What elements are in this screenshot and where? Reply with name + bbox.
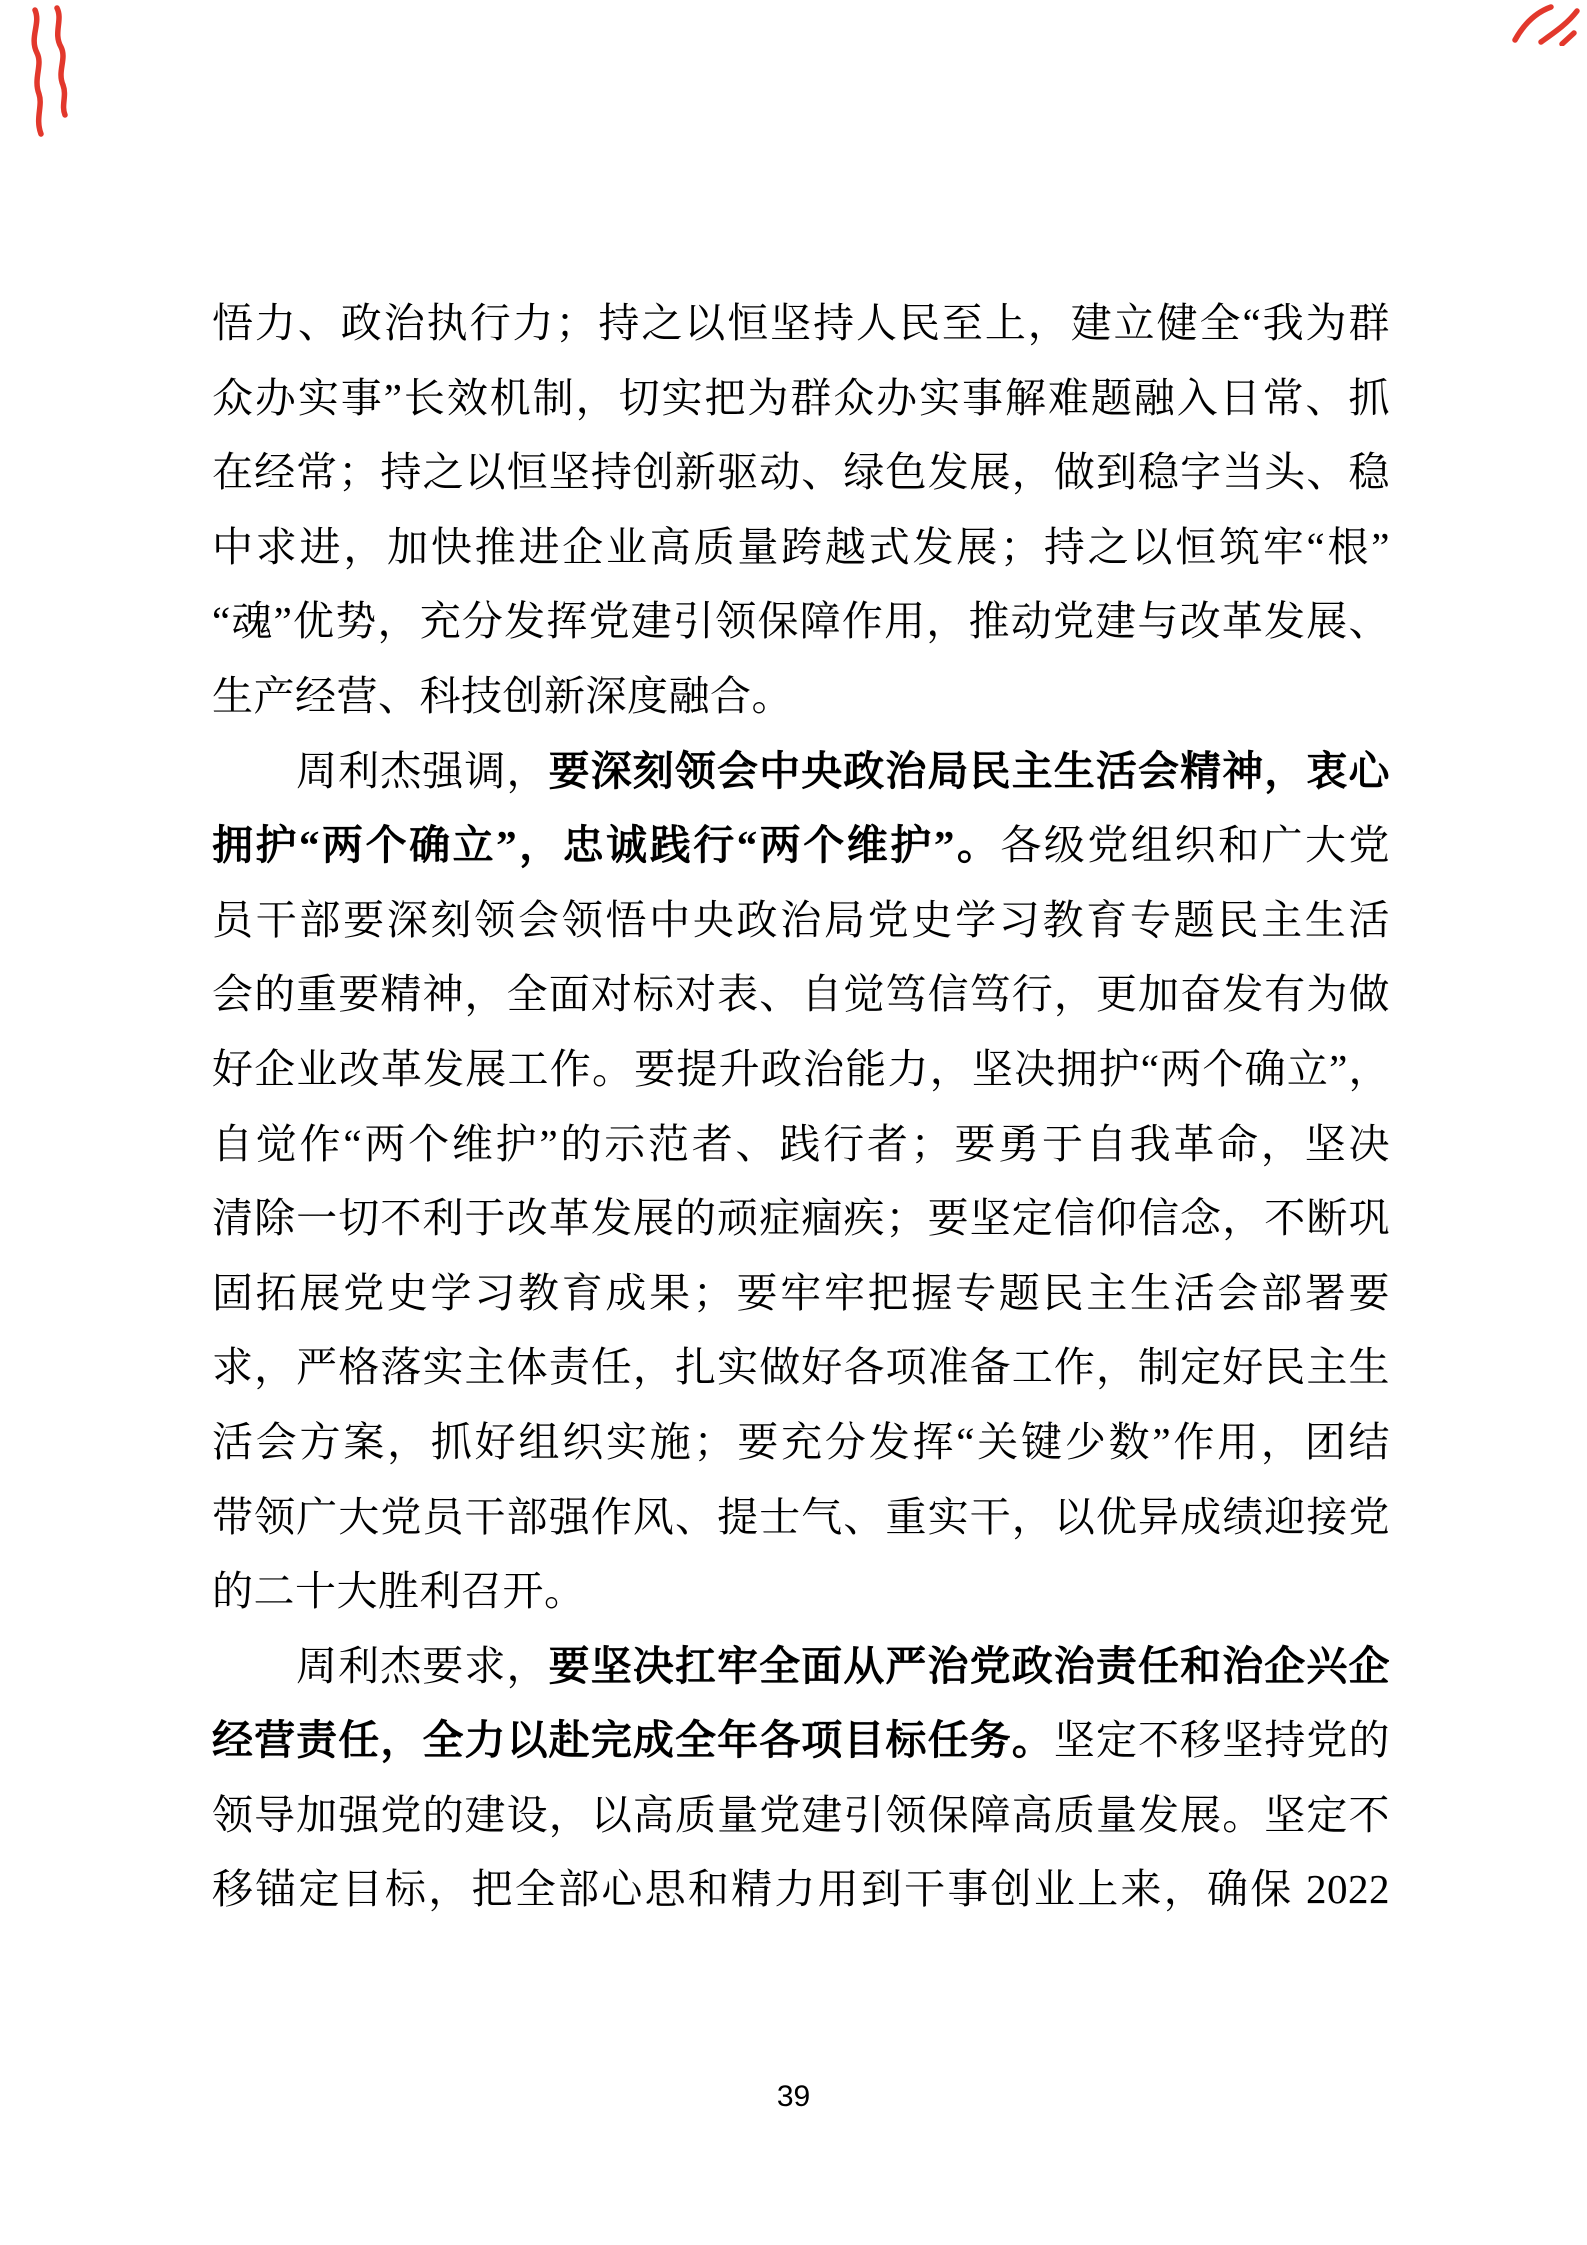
text-line-p2-l7: 清除一切不利于改革发展的顽症痼疾；要坚定信仰信念，不断巩 <box>212 1181 1390 1256</box>
text-line-p2-l2: 拥护“两个确立”，忠诚践行“两个维护”。各级党组织和广大党 <box>212 808 1390 883</box>
text-segment: “魂”优势，充分发挥党建引领保障作用，推动党建与改革发展、 <box>212 598 1390 644</box>
text-segment: 好企业改革发展工作。要提升政治能力，坚决拥护“两个确立”， <box>212 1046 1390 1092</box>
text-segment: 各级党组织和广大党 <box>1000 822 1390 868</box>
red-pen-mark-top-right-icon <box>1510 0 1582 46</box>
text-segment: 周利杰强调， <box>296 748 549 794</box>
text-segment: 众办实事”长效机制，切实把为群众办实事解难题融入日常、抓 <box>212 375 1390 421</box>
page-number: 39 <box>777 2082 810 2112</box>
text-line-p3-l4: 移锚定目标，把全部心思和精力用到干事创业上来，确保 2022 <box>212 1852 1390 1927</box>
text-segment: 移锚定目标，把全部心思和精力用到干事创业上来，确保 2022 <box>212 1866 1390 1912</box>
text-line-p2-l10: 活会方案，抓好组织实施；要充分发挥“关键少数”作用，团结 <box>212 1405 1390 1480</box>
text-segment: 悟力、政治执行力；持之以恒坚持人民至上，建立健全“我为群 <box>212 300 1390 346</box>
bold-text-segment: 经营责任，全力以赴完成全年各项目标任务。 <box>212 1717 1054 1763</box>
text-segment: 周利杰要求， <box>296 1643 549 1689</box>
body-text: 悟力、政治执行力；持之以恒坚持人民至上，建立健全“我为群众办实事”长效机制，切实… <box>212 286 1390 1927</box>
text-line-p1-l6: 生产经营、科技创新深度融合。 <box>212 659 1390 734</box>
text-segment: 的二十大胜利召开。 <box>212 1568 586 1614</box>
text-segment: 固拓展党史学习教育成果；要牢牢把握专题民主生活会部署要 <box>212 1270 1390 1316</box>
text-line-p1-l3: 在经常；持之以恒坚持创新驱动、绿色发展，做到稳字当头、稳 <box>212 435 1390 510</box>
text-segment: 员干部要深刻领会领悟中央政治局党史学习教育专题民主生活 <box>212 897 1390 943</box>
text-line-p2-l11: 带领广大党员干部强作风、提士气、重实干，以优异成绩迎接党 <box>212 1480 1390 1555</box>
text-segment: 中求进，加快推进企业高质量跨越式发展；持之以恒筑牢“根” <box>212 524 1390 570</box>
text-segment: 生产经营、科技创新深度融合。 <box>212 673 793 719</box>
bold-text-segment: 拥护“两个确立”，忠诚践行“两个维护”。 <box>212 822 1000 868</box>
text-segment: 领导加强党的建设，以高质量党建引领保障高质量发展。坚定不 <box>212 1792 1390 1838</box>
red-pen-mark-top-left-icon <box>26 5 72 139</box>
text-line-p1-l2: 众办实事”长效机制，切实把为群众办实事解难题融入日常、抓 <box>212 361 1390 436</box>
text-segment: 求，严格落实主体责任，扎实做好各项准备工作，制定好民主生 <box>212 1344 1390 1390</box>
text-segment: 清除一切不利于改革发展的顽症痼疾；要坚定信仰信念，不断巩 <box>212 1195 1390 1241</box>
text-line-p2-l3: 员干部要深刻领会领悟中央政治局党史学习教育专题民主生活 <box>212 883 1390 958</box>
text-segment: 自觉作“两个维护”的示范者、践行者；要勇于自我革命，坚决 <box>212 1121 1390 1167</box>
text-line-p1-l5: “魂”优势，充分发挥党建引领保障作用，推动党建与改革发展、 <box>212 584 1390 659</box>
text-segment: 会的重要精神，全面对标对表、自觉笃信笃行，更加奋发有为做 <box>212 971 1390 1017</box>
text-segment: 活会方案，抓好组织实施；要充分发挥“关键少数”作用，团结 <box>212 1419 1390 1465</box>
document-page: 悟力、政治执行力；持之以恒坚持人民至上，建立健全“我为群众办实事”长效机制，切实… <box>0 0 1587 2245</box>
text-line-p1-l1: 悟力、政治执行力；持之以恒坚持人民至上，建立健全“我为群 <box>212 286 1390 361</box>
bold-text-segment: 要深刻领会中央政治局民主生活会精神，衷心 <box>549 748 1390 794</box>
text-line-p2-l8: 固拓展党史学习教育成果；要牢牢把握专题民主生活会部署要 <box>212 1256 1390 1331</box>
text-line-p2-l6: 自觉作“两个维护”的示范者、践行者；要勇于自我革命，坚决 <box>212 1107 1390 1182</box>
text-line-p2-l4: 会的重要精神，全面对标对表、自觉笃信笃行，更加奋发有为做 <box>212 957 1390 1032</box>
text-segment: 坚定不移坚持党的 <box>1054 1717 1390 1763</box>
text-line-p3-l3: 领导加强党的建设，以高质量党建引领保障高质量发展。坚定不 <box>212 1778 1390 1853</box>
text-line-p2-l1: 周利杰强调，要深刻领会中央政治局民主生活会精神，衷心 <box>212 734 1390 809</box>
text-segment: 带领广大党员干部强作风、提士气、重实干，以优异成绩迎接党 <box>212 1494 1390 1540</box>
bold-text-segment: 要坚决扛牢全面从严治党政治责任和治企兴企 <box>549 1643 1390 1689</box>
text-line-p3-l1: 周利杰要求，要坚决扛牢全面从严治党政治责任和治企兴企 <box>212 1629 1390 1704</box>
text-line-p1-l4: 中求进，加快推进企业高质量跨越式发展；持之以恒筑牢“根” <box>212 510 1390 585</box>
text-line-p2-l9: 求，严格落实主体责任，扎实做好各项准备工作，制定好民主生 <box>212 1330 1390 1405</box>
text-segment: 在经常；持之以恒坚持创新驱动、绿色发展，做到稳字当头、稳 <box>212 449 1390 495</box>
text-line-p2-l5: 好企业改革发展工作。要提升政治能力，坚决拥护“两个确立”， <box>212 1032 1390 1107</box>
text-line-p2-l12: 的二十大胜利召开。 <box>212 1554 1390 1629</box>
text-line-p3-l2: 经营责任，全力以赴完成全年各项目标任务。坚定不移坚持党的 <box>212 1703 1390 1778</box>
